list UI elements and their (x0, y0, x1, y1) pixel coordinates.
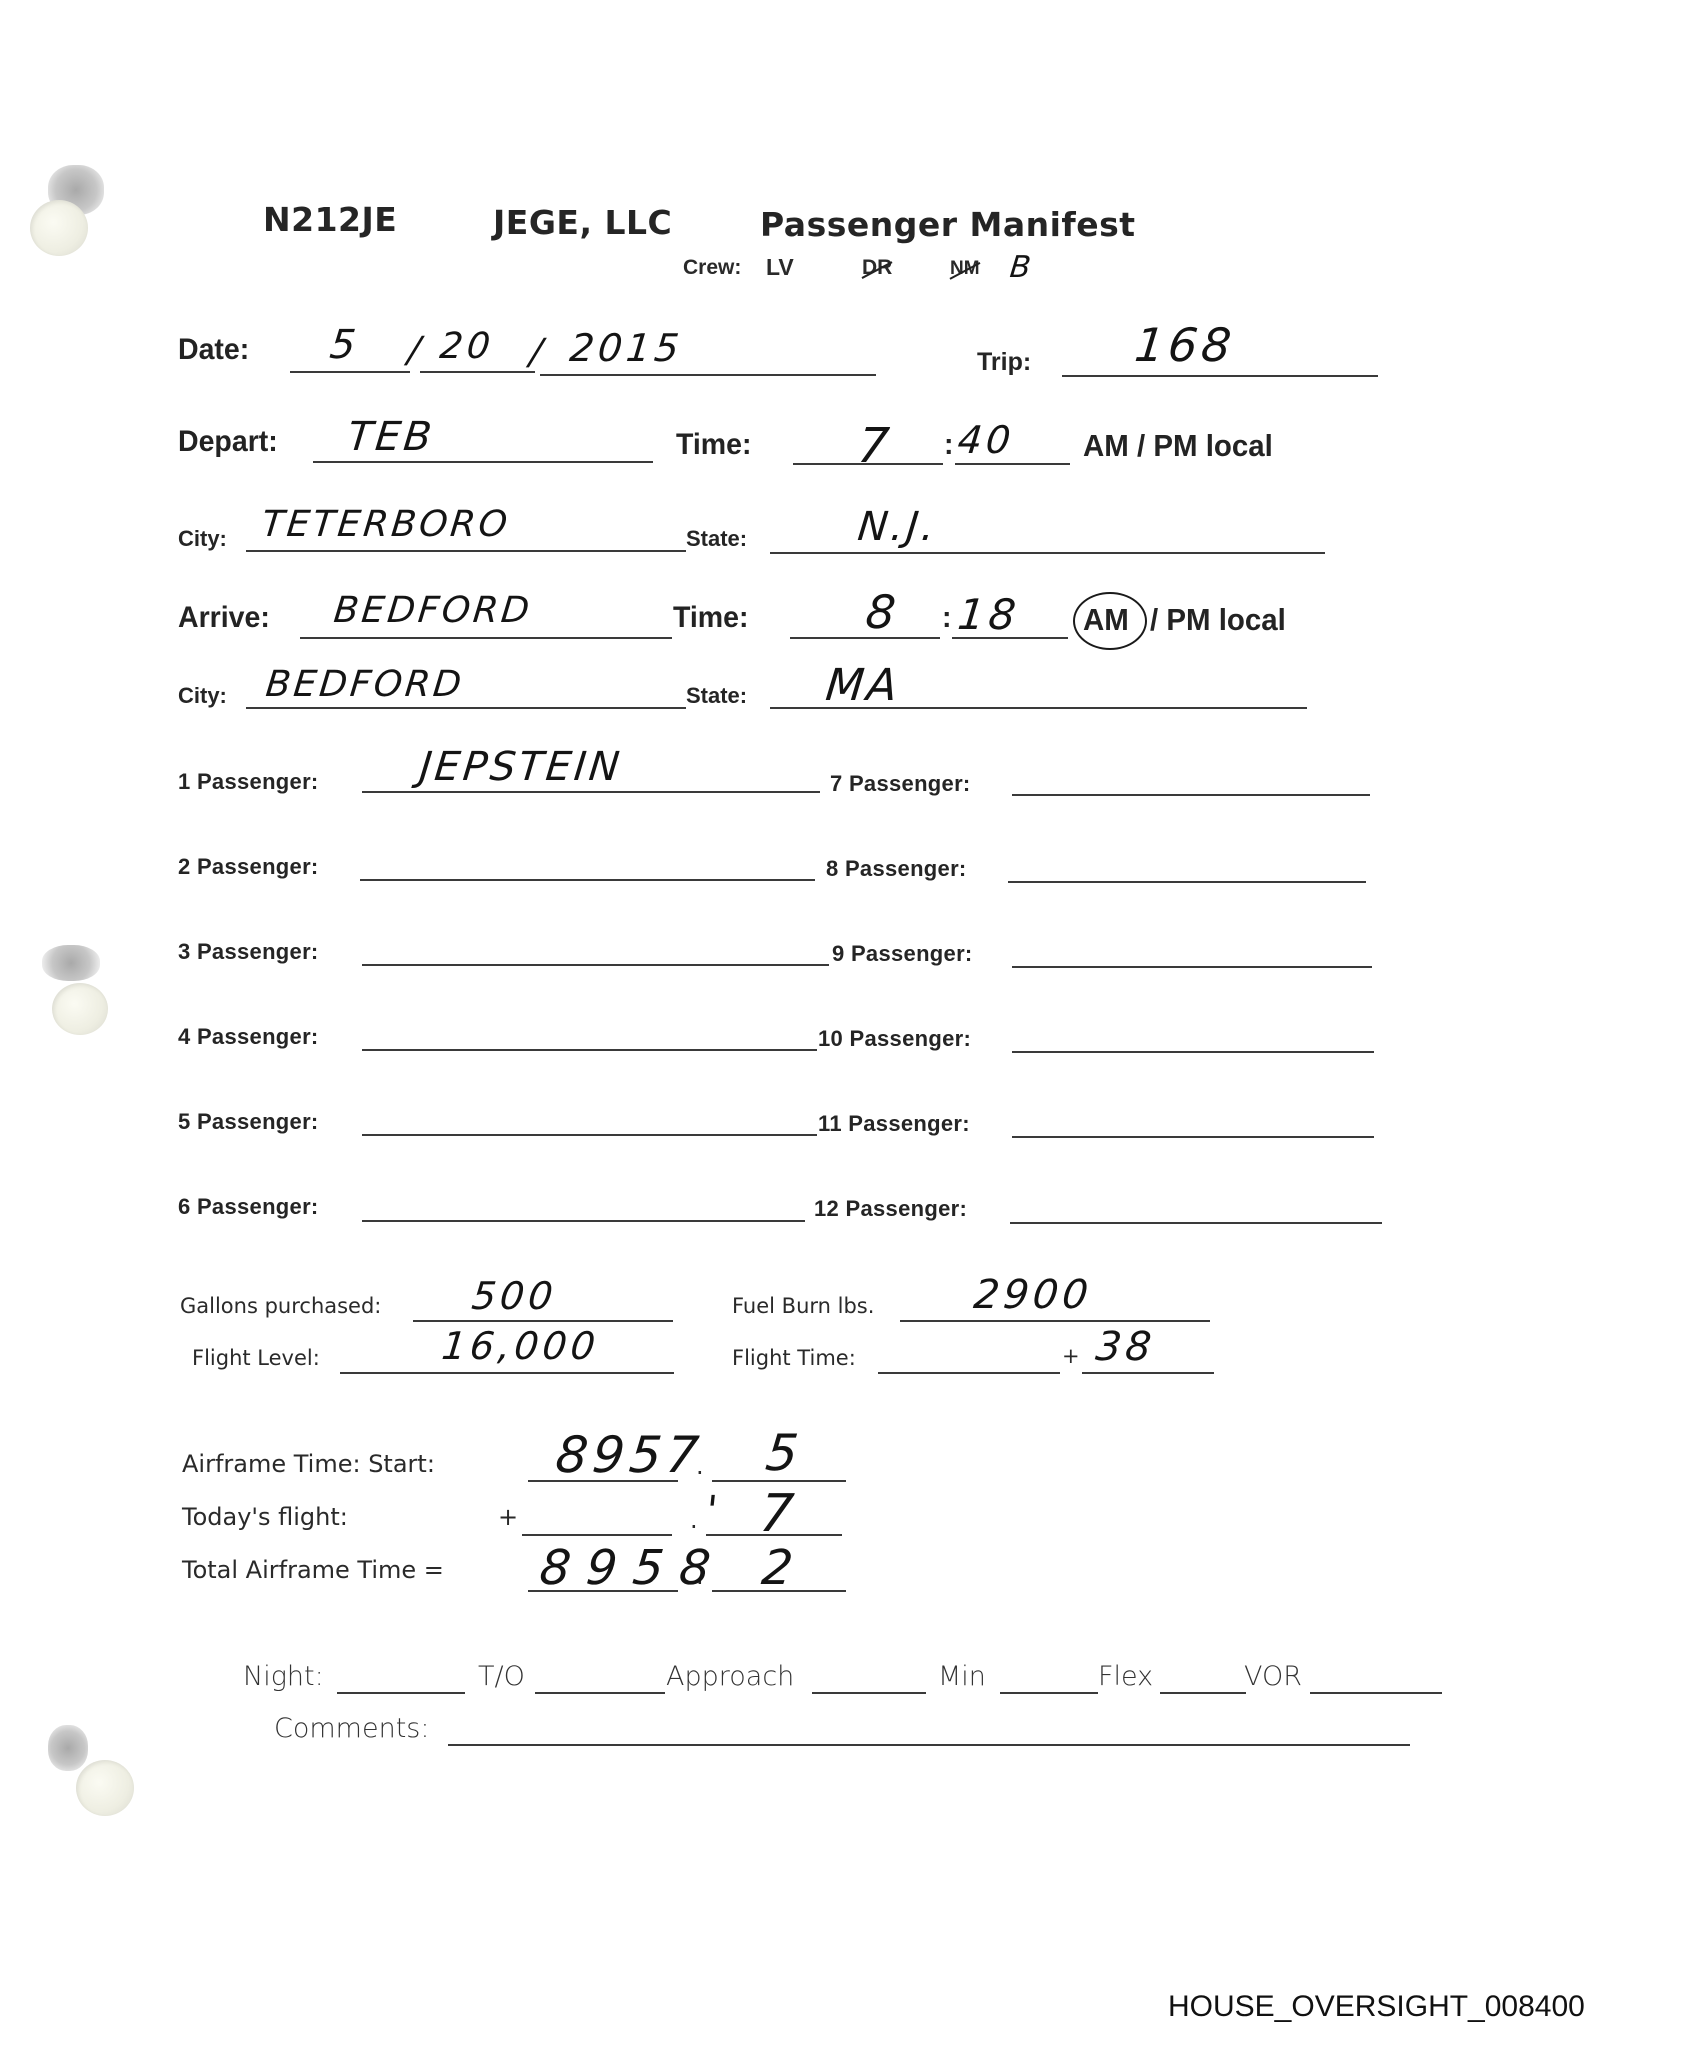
depart-line (313, 461, 653, 463)
document-title: Passenger Manifest (760, 205, 1136, 244)
date-month-value[interactable]: 5 (328, 322, 362, 368)
arrive-hour-value[interactable]: 8 (863, 585, 902, 639)
depart-city-label: City: (178, 526, 227, 552)
arrive-line (300, 637, 672, 639)
passenger-5-label: 5 Passenger: (178, 1109, 319, 1135)
depart-state-line (770, 552, 1325, 554)
passenger-7-label: 7 Passenger: (830, 771, 971, 797)
tail-number: N212JE (263, 200, 397, 239)
passenger-3-label: 3 Passenger: (178, 939, 319, 965)
todays-flight-whole-value[interactable]: ' (704, 1488, 724, 1534)
depart-ampm-label: AM / PM local (1083, 428, 1273, 464)
fuel-burn-label: Fuel Burn lbs. (732, 1294, 874, 1318)
crew-label: Crew: (683, 256, 741, 280)
arrive-time-label: Time: (673, 601, 748, 635)
am-selected-circle (1073, 592, 1147, 650)
passenger-2-label: 2 Passenger: (178, 854, 319, 880)
flight-time-minutes-value[interactable]: 38 (1094, 1324, 1158, 1370)
crew-lv: LV (766, 254, 794, 281)
flight-time-hours-line (878, 1372, 1060, 1374)
depart-value[interactable]: TEB (346, 414, 437, 460)
passenger-3-line (362, 964, 829, 966)
passenger-10-line (1012, 1051, 1374, 1053)
todays-flight-decimal: . (690, 1506, 698, 1534)
arrive-time-colon: : (942, 601, 952, 635)
hole-punch-shadow-bottom (48, 1725, 88, 1771)
min-label: Min (938, 1661, 986, 1692)
passenger-8-label: 8 Passenger: (826, 856, 967, 882)
depart-city-value[interactable]: TETERBORO (260, 504, 512, 545)
crew-nm-struck: NM (950, 258, 980, 280)
trip-line (1062, 375, 1378, 377)
crew-dr-struck: DR (862, 256, 892, 280)
todays-flight-label: Today's flight: (182, 1503, 348, 1531)
fuel-burn-line (900, 1320, 1210, 1322)
trip-value[interactable]: 168 (1132, 318, 1237, 372)
arrive-state-label: State: (686, 683, 747, 709)
passenger-6-label: 6 Passenger: (178, 1194, 319, 1220)
flight-time-minutes-line (1082, 1372, 1214, 1374)
todays-flight-plus: + (498, 1503, 518, 1531)
passenger-12-line (1010, 1222, 1382, 1224)
depart-min-value[interactable]: 40 (956, 418, 1017, 462)
depart-state-value[interactable]: N.J. (856, 504, 940, 550)
airframe-start-whole-value[interactable]: 8957 (553, 1426, 706, 1484)
flight-time-label: Flight Time: (732, 1346, 856, 1370)
passenger-4-line (362, 1049, 817, 1051)
airframe-start-tenth-value[interactable]: 5 (763, 1424, 805, 1482)
flex-label: Flex (1098, 1661, 1153, 1692)
depart-min-line (955, 463, 1070, 465)
vor-label: VOR (1244, 1661, 1302, 1692)
arrive-city-value[interactable]: BEDFORD (264, 664, 466, 705)
vor-line[interactable] (1310, 1692, 1442, 1694)
passenger-8-line (1008, 881, 1366, 883)
date-sep-1: / (406, 330, 426, 371)
date-month-line (290, 371, 410, 373)
passenger-1-line (362, 791, 820, 793)
flight-level-line (340, 1372, 674, 1374)
hole-punch-bottom (76, 1760, 134, 1816)
crew-nm: NM (950, 258, 980, 280)
approach-line[interactable] (812, 1692, 926, 1694)
flight-level-value[interactable]: 16,000 (440, 1324, 602, 1368)
passenger-9-line (1012, 966, 1372, 968)
hole-punch-top (30, 200, 88, 256)
arrive-label: Arrive: (178, 601, 270, 635)
comments-label: Comments: (274, 1713, 429, 1744)
depart-hour-value[interactable]: 7 (855, 418, 895, 474)
flight-level-label: Flight Level: (192, 1346, 320, 1370)
comments-line[interactable] (448, 1744, 1410, 1746)
todays-flight-whole-line (522, 1534, 672, 1536)
to-line[interactable] (535, 1692, 665, 1694)
arrive-pm-local-label: / PM local (1150, 602, 1286, 638)
night-line[interactable] (337, 1692, 465, 1694)
depart-time-colon: : (944, 428, 954, 462)
depart-state-label: State: (686, 526, 747, 552)
company-name: JEGE, LLC (493, 203, 672, 242)
date-year-value[interactable]: 2015 (568, 326, 685, 370)
depart-city-line (246, 550, 686, 552)
arrive-min-value[interactable]: 18 (955, 590, 1022, 639)
passenger-4-label: 4 Passenger: (178, 1024, 319, 1050)
date-sep-2: / (528, 332, 548, 373)
passenger-6-line (362, 1220, 805, 1222)
gallons-label: Gallons purchased: (180, 1294, 381, 1318)
passenger-1-label: 1 Passenger: (178, 769, 319, 795)
fuel-burn-value[interactable]: 2900 (972, 1272, 1095, 1318)
passenger-2-line (360, 879, 815, 881)
hole-punch-middle (52, 983, 108, 1035)
flex-line[interactable] (1160, 1692, 1246, 1694)
passenger-5-line (362, 1134, 817, 1136)
flight-time-plus: + (1062, 1344, 1080, 1368)
passenger-10-label: 10 Passenger: (818, 1026, 971, 1052)
depart-label: Depart: (178, 425, 278, 459)
total-airframe-whole-value[interactable]: 8958 (537, 1540, 729, 1596)
gallons-value[interactable]: 500 (470, 1274, 559, 1318)
passenger-12-label: 12 Passenger: (814, 1196, 967, 1222)
passenger-9-label: 9 Passenger: (832, 941, 973, 967)
depart-time-label: Time: (676, 428, 751, 462)
night-label: Night: (243, 1661, 324, 1692)
passenger-11-label: 11 Passenger: (818, 1111, 970, 1137)
total-airframe-label: Total Airframe Time = (182, 1556, 444, 1584)
date-day-line (420, 371, 535, 373)
arrive-value[interactable]: BEDFORD (332, 590, 534, 631)
todays-flight-tenth-value[interactable]: 7 (757, 1484, 800, 1544)
crew-dr: DR (862, 256, 892, 280)
arrive-city-line (246, 707, 686, 709)
hole-punch-shadow-middle (42, 945, 100, 981)
airframe-start-label: Airframe Time: Start: (182, 1450, 435, 1478)
passenger-1-value[interactable]: JEPSTEIN (418, 744, 625, 790)
arrive-city-label: City: (178, 683, 227, 709)
passenger-7-line (1012, 794, 1370, 796)
arrive-state-value[interactable]: MA (823, 660, 902, 711)
min-line[interactable] (1000, 1692, 1098, 1694)
total-airframe-tenth-value[interactable]: 2 (759, 1540, 799, 1596)
date-day-value[interactable]: 20 (438, 326, 496, 367)
trip-label: Trip: (977, 348, 1031, 377)
approach-label: Approach (666, 1661, 794, 1692)
gallons-line (413, 1320, 673, 1322)
passenger-11-line (1012, 1136, 1374, 1138)
date-label: Date: (178, 333, 249, 367)
crew-b-handwritten: B (1008, 250, 1036, 285)
to-label: T/O (478, 1661, 525, 1692)
bates-number: HOUSE_OVERSIGHT_008400 (1168, 1990, 1585, 2024)
date-year-line (540, 374, 876, 376)
